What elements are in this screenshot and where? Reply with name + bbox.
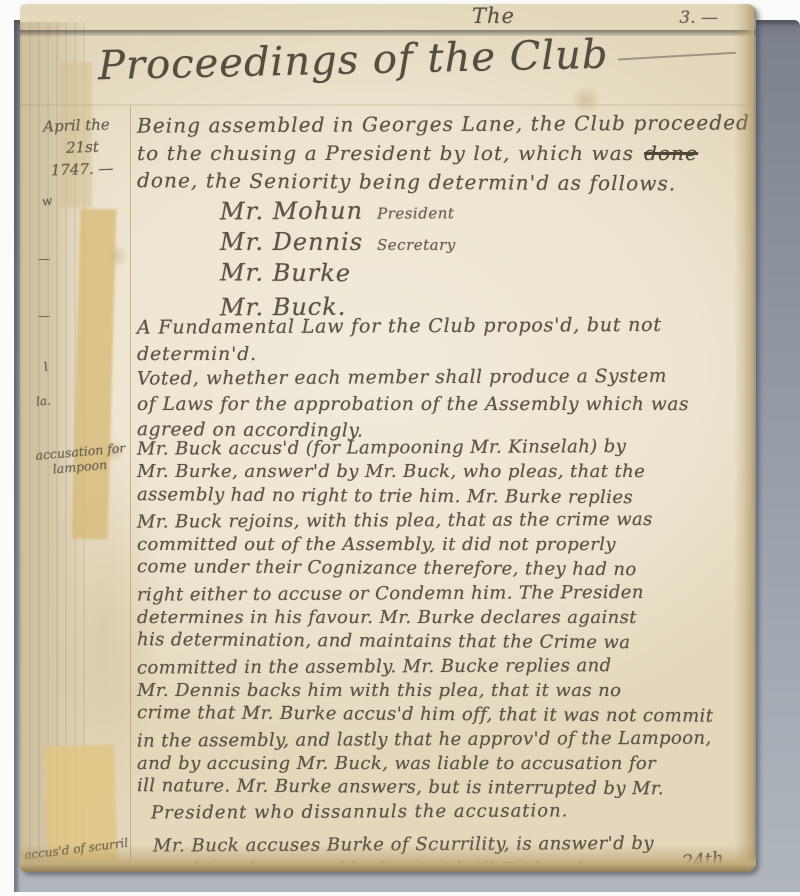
manuscript-line: Being assembled in Georges Lane, the Clu… [137, 108, 750, 140]
manuscript-line: A Fundamental Law for the Club propos'd,… [137, 310, 750, 341]
bleedthrough-mark: — [38, 252, 50, 266]
member-name: Mr. Dennis [220, 228, 363, 256]
manuscript-line: Voted, whether each member shall produce… [137, 362, 750, 392]
struck-word: done [644, 141, 698, 165]
member-role: President [377, 204, 454, 222]
margin-date: April the 21st 1747. — [43, 112, 137, 181]
manuscript-line: to the chusing a President by lot, which… [137, 139, 750, 168]
margin-date-line: 21st [44, 134, 137, 159]
paragraph-fundamental-law: A Fundamental Law for the Club propos'd,… [137, 312, 750, 368]
page-bottom-curl [20, 844, 756, 872]
manuscript-line: done, the Seniority being determin'd as … [137, 166, 750, 199]
manuscript-line: committed in the assembly. Mr. Bucke rep… [137, 653, 750, 681]
manuscript-line: his determination, and maintains that th… [137, 629, 750, 657]
margin-date-line: 1747. — [44, 156, 137, 181]
margin-date-line: April the [43, 112, 136, 137]
manuscript-page: w — — l la. The 3. — Proceedings of the … [20, 4, 756, 872]
paragraph-opening: Being assembled in Georges Lane, the Clu… [137, 110, 750, 197]
manuscript-line: Mr. Dennis backs him with this plea, tha… [137, 679, 750, 703]
paragraph-accusation: Mr. Buck accus'd (for Lampooning Mr. Kin… [137, 436, 750, 825]
manuscript-line: and by accusing Mr. Buck, was liable to … [137, 752, 750, 776]
manuscript-line: in the assembly, and lastly that he appr… [137, 726, 750, 754]
member-role: Secretary [377, 236, 456, 254]
manuscript-line: come under their Cognizance therefore, t… [137, 556, 750, 584]
margin-rule-line [130, 106, 131, 862]
manuscript-line: of Laws for the approbation of the Assem… [137, 391, 750, 418]
page-title: Proceedings of the Club [98, 29, 737, 89]
tape-patch [72, 209, 117, 540]
margin-note-lampoon: accusation for lampoon [35, 440, 127, 478]
member-row: Mr. Burke [220, 258, 750, 293]
manuscript-line: Mr. Buck accus'd (for Lampooning Mr. Kin… [137, 434, 750, 462]
member-name: Mr. Mohun [220, 197, 363, 226]
manuscript-line-text: to the chusing a President by lot, which… [137, 141, 634, 165]
manuscript-line: Mr. Burke, answer'd by Mr. Buck, who ple… [137, 460, 750, 484]
bleedthrough-mark: w [41, 193, 54, 209]
page-right-edge [734, 4, 756, 872]
manuscript-line: committed out of the Assembly, it did no… [137, 533, 750, 557]
member-list: Mr. MohunPresident Mr. DennisSecretary M… [220, 196, 750, 324]
member-row: Mr. DennisSecretary [220, 228, 750, 260]
bleedthrough-mark: la. [35, 393, 51, 408]
member-row: Mr. MohunPresident [220, 195, 750, 230]
manuscript-line: crime that Mr. Burke accus'd him off, th… [137, 701, 750, 729]
page-title-text: Proceedings of the Club [98, 32, 609, 90]
manuscript-line: President who dissannuls the accusation. [137, 799, 750, 827]
paragraph-voted: Voted, whether each member shall produce… [137, 364, 750, 445]
manuscript-line: right either to accuse or Condemn him. T… [137, 580, 750, 608]
header-overline: The [472, 4, 515, 28]
flourish-line [619, 52, 737, 61]
manuscript-line: Mr. Buck rejoins, with this plea, that a… [137, 507, 750, 535]
manuscript-line: assembly had no right to trie him. Mr. B… [137, 483, 750, 511]
member-name: Mr. Burke [220, 258, 351, 287]
page-number: 3. — [679, 8, 718, 28]
bleedthrough-mark: — [38, 309, 50, 323]
manuscript-line: determines in his favour. Mr. Burke decl… [137, 606, 750, 630]
